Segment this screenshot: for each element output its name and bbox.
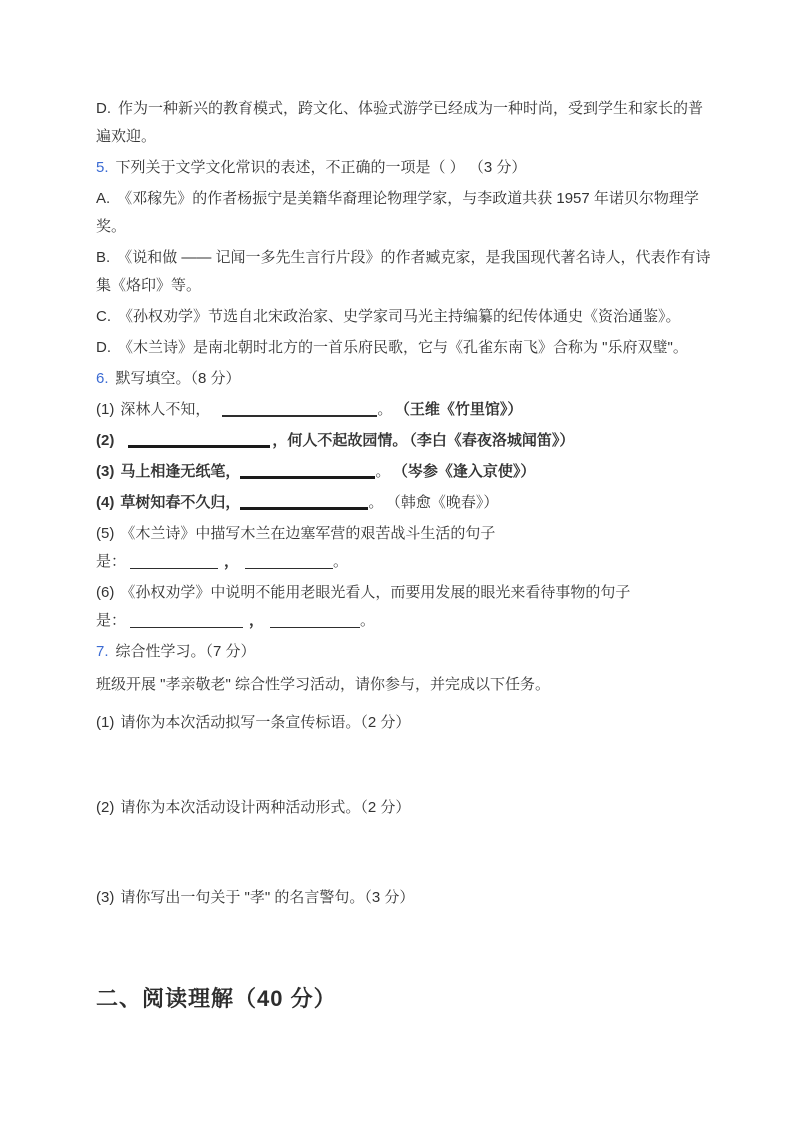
item-description: 《木兰诗》中描写木兰在边塞军营的艰苦战斗生活的句子	[120, 525, 495, 542]
part-number: (1)	[96, 714, 114, 731]
item-number: (2)	[96, 432, 114, 449]
verse-text: 深林人不知，	[120, 401, 210, 418]
answer-blank	[240, 495, 368, 510]
activity-intro: 班级开展 "孝亲敬老" 综合性学习活动，请你参与，并完成以下任务。	[96, 676, 550, 693]
document-page: D.作为一种新兴的教育模式，跨文化、体验式游学已经成为一种时尚，受到学生和家长的…	[0, 0, 793, 1122]
period: 。	[377, 401, 392, 418]
option-text: 《说和做 —— 记闻一多先生言行片段》的作者臧克家，是我国现代著名诗人，代表作有…	[96, 249, 711, 294]
part-number: (2)	[96, 799, 114, 816]
answer-blank	[130, 615, 243, 628]
period: 。	[368, 494, 383, 511]
question-5-option-c: C.《孙权劝学》节选自北宋政治家、史学家司马光主持编纂的纪传体通史《资治通鉴》。	[96, 303, 713, 331]
item-number: (6)	[96, 584, 114, 601]
poem-source: （韩愈《晚春》）	[393, 494, 498, 511]
question-number: 5.	[96, 159, 109, 176]
verse-text: 草树知春不久归，	[120, 494, 240, 511]
dictation-item-2: (2)，何人不起故园情。（李白《春夜洛城闻笛》）	[96, 427, 713, 455]
question-7-intro: 班级开展 "孝亲敬老" 综合性学习活动，请你参与，并完成以下任务。	[96, 671, 713, 699]
comma: ，	[249, 612, 264, 629]
option-text: 作为一种新兴的教育模式，跨文化、体验式游学已经成为一种时尚，受到学生和家长的普遍…	[96, 100, 703, 145]
period: 。	[375, 463, 390, 480]
question-6-title: 6.默写填空。（8 分）	[96, 365, 713, 393]
poem-source: （王维《竹里馆》）	[402, 401, 522, 418]
item-number: (1)	[96, 401, 114, 418]
item-number: (3)	[96, 463, 114, 480]
question-5-option-a: A.《邓稼先》的作者杨振宁是美籍华裔理论物理学家，与李政道共获 1957 年诺贝…	[96, 185, 713, 241]
dictation-item-6: (6)《孙权劝学》中说明不能用老眼光看人，而要用发展的眼光来看待事物的句子 是：…	[96, 579, 713, 635]
poem-source: （李白《春夜洛城闻笛》）	[409, 432, 574, 449]
verse-continuation: ，何人不起故园情。	[272, 432, 407, 449]
question-7-part-1: (1)请你为本次活动拟写一条宣传标语。（2 分）	[96, 709, 713, 737]
item-description: 《孙权劝学》中说明不能用老眼光看人，而要用发展的眼光来看待事物的句子	[120, 584, 630, 601]
part-text: 请你为本次活动设计两种活动形式。（2 分）	[120, 799, 410, 816]
comma: ，	[224, 553, 239, 570]
prev-question-option-d: D.作为一种新兴的教育模式，跨文化、体验式游学已经成为一种时尚，受到学生和家长的…	[96, 95, 713, 151]
option-text: 《木兰诗》是南北朝时北方的一首乐府民歌，它与《孔雀东南飞》合称为 "乐府双璧"。	[118, 339, 688, 356]
item-number: (5)	[96, 525, 114, 542]
item-number: (4)	[96, 494, 114, 511]
option-label: B.	[96, 249, 110, 266]
verse-text: 马上相逢无纸笔，	[120, 463, 240, 480]
question-number: 6.	[96, 370, 109, 387]
question-text: 默写填空。（8 分）	[116, 370, 241, 387]
part-number: (3)	[96, 889, 114, 906]
answer-blank	[270, 615, 360, 628]
option-label: C.	[96, 308, 111, 325]
answer-blank	[240, 464, 375, 479]
answer-blank	[245, 556, 333, 569]
part-text: 请你为本次活动拟写一条宣传标语。（2 分）	[120, 714, 410, 731]
option-label: D.	[96, 339, 111, 356]
option-text: 《邓稼先》的作者杨振宁是美籍华裔理论物理学家，与李政道共获 1957 年诺贝尔物…	[96, 190, 699, 235]
question-7-part-3: (3)请你写出一句关于 "孝" 的名言警句。（3 分）	[96, 884, 713, 912]
question-5-option-d: D.《木兰诗》是南北朝时北方的一首乐府民歌，它与《孔雀东南飞》合称为 "乐府双璧…	[96, 334, 713, 362]
question-5-option-b: B.《说和做 —— 记闻一多先生言行片段》的作者臧克家，是我国现代著名诗人，代表…	[96, 244, 713, 300]
dictation-item-3: (3)马上相逢无纸笔，。（岑参《逢入京使》）	[96, 458, 713, 486]
answer-blank	[128, 433, 270, 448]
option-label: A.	[96, 190, 110, 207]
lead-text: 是：	[96, 553, 126, 570]
question-text: 下列关于文学文化常识的表述，不正确的一项是（ ） （3 分）	[116, 159, 527, 176]
part-text: 请你写出一句关于 "孝" 的名言警句。（3 分）	[120, 889, 414, 906]
question-7-part-2: (2)请你为本次活动设计两种活动形式。（2 分）	[96, 794, 713, 822]
lead-text: 是：	[96, 612, 126, 629]
answer-blank	[130, 556, 218, 569]
question-number: 7.	[96, 643, 109, 660]
question-7-title: 7.综合性学习。（7 分）	[96, 638, 713, 666]
answer-blank	[222, 403, 377, 417]
dictation-item-4: (4)草树知春不久归，。（韩愈《晚春》）	[96, 489, 713, 517]
option-label: D.	[96, 100, 111, 117]
dictation-item-5: (5)《木兰诗》中描写木兰在边塞军营的艰苦战斗生活的句子 是：，。	[96, 520, 713, 576]
option-text: 《孙权劝学》节选自北宋政治家、史学家司马光主持编纂的纪传体通史《资治通鉴》。	[118, 308, 681, 325]
question-text: 综合性学习。（7 分）	[116, 643, 256, 660]
period: 。	[333, 553, 348, 570]
period: 。	[360, 612, 375, 629]
poem-source: （岑参《逢入京使》）	[400, 463, 535, 480]
dictation-item-1: (1)深林人不知，。（王维《竹里馆》）	[96, 396, 713, 424]
section-heading: 二、阅读理解（40 分）	[96, 984, 713, 1014]
question-5-stem: 5.下列关于文学文化常识的表述，不正确的一项是（ ） （3 分）	[96, 154, 713, 182]
